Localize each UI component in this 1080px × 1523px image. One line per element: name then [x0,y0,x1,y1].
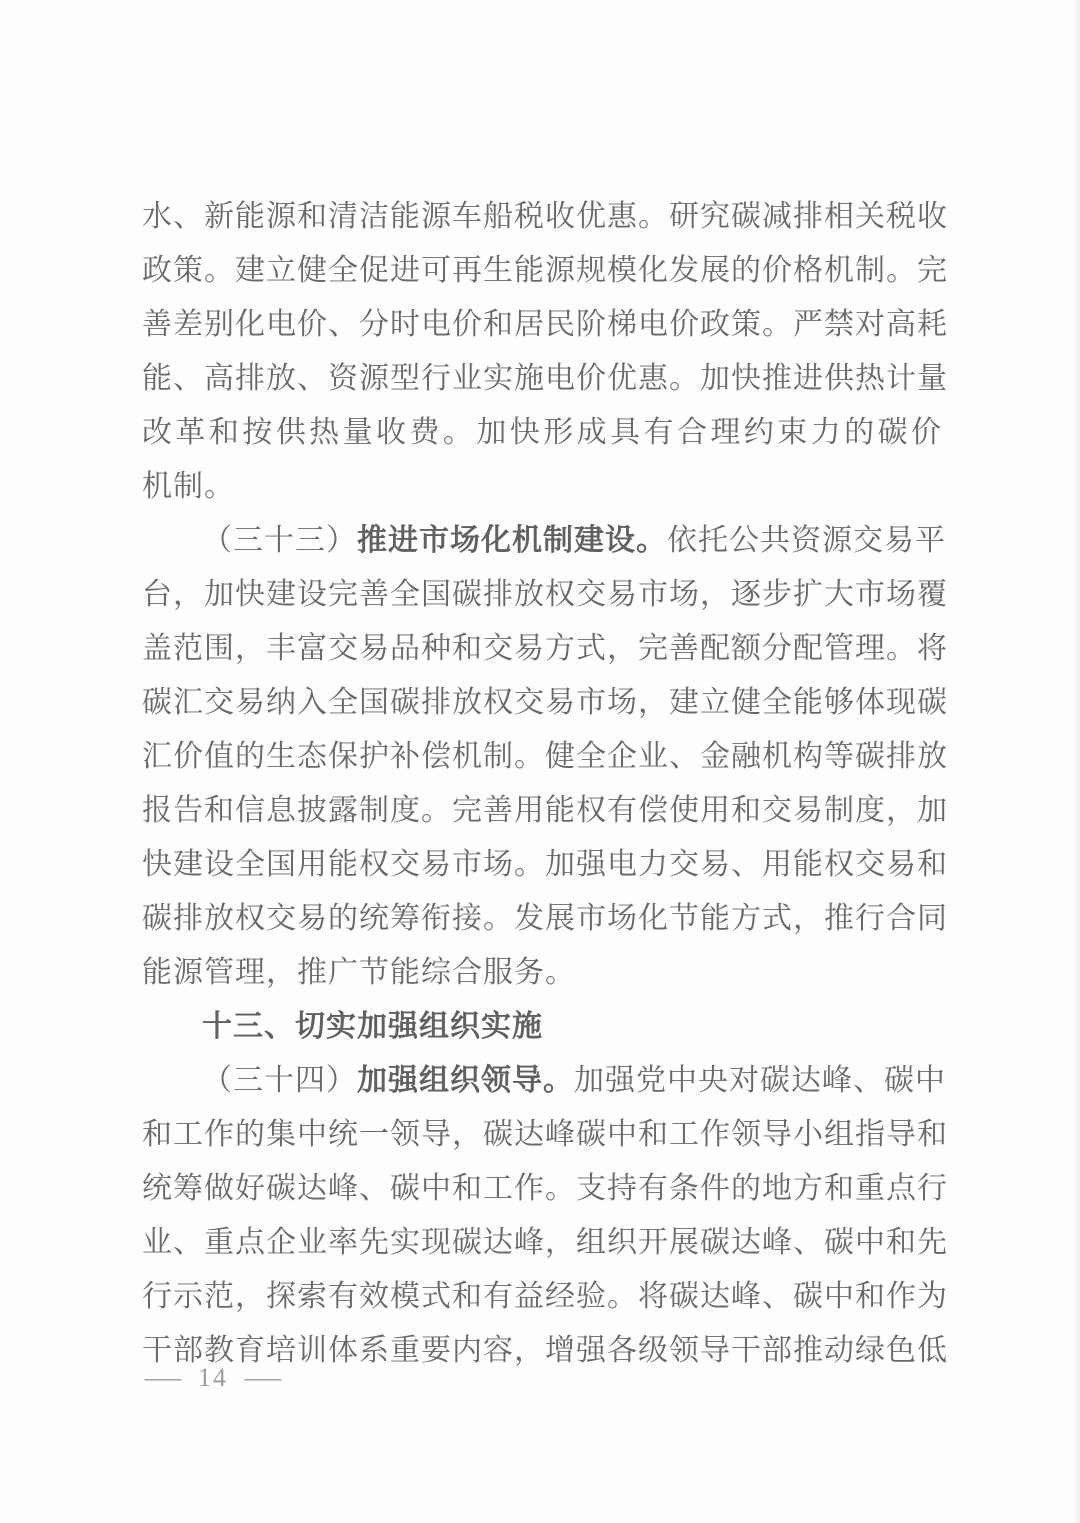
text-line: 统筹做好碳达峰、碳中和工作。支持有条件的地方和重点行 [142,1162,942,1216]
text-segment: 统筹做好碳达峰、碳中和工作。支持有条件的地方和重点行 [142,1172,948,1205]
text-segment: （三十四） [202,1064,357,1097]
text-line: 碳排放权交易的统筹衔接。发展市场化节能方式，推行合同 [142,892,942,946]
page-edge-shadow [1073,0,1080,1523]
text-segment: 快建设全国用能权交易市场。加强电力交易、用能权交易和 [142,848,948,881]
footer-right-dash: — [245,1358,281,1398]
document-page: 水、新能源和清洁能源车船税收优惠。研究碳减排相关税收政策。建立健全促进可再生能源… [0,0,1080,1523]
bold-text-segment: 十三、切实加强组织实施 [202,1010,543,1043]
text-segment: 报告和信息披露制度。完善用能权有偿使用和交易制度，加 [142,794,948,827]
text-line: 业、重点企业率先实现碳达峰，组织开展碳达峰、碳中和先 [142,1216,942,1270]
text-segment: 机制。 [142,470,235,503]
page-footer: —14— [150,1358,276,1398]
text-segment: 依托公共资源交易平 [667,524,946,557]
text-line: 水、新能源和清洁能源车船税收优惠。研究碳减排相关税收 [142,190,942,244]
text-line: 碳汇交易纳入全国碳排放权交易市场，建立健全能够体现碳 [142,676,942,730]
text-segment: 善差别化电价、分时电价和居民阶梯电价政策。严禁对高耗 [142,308,948,341]
text-line: 汇价值的生态保护补偿机制。健全企业、金融机构等碳排放 [142,730,942,784]
bold-text-segment: 加强组织领导。 [357,1064,574,1097]
text-segment: 碳汇交易纳入全国碳排放权交易市场，建立健全能够体现碳 [142,686,948,719]
text-line: 改革和按供热量收费。加快形成具有合理约束力的碳价 [142,406,942,460]
text-segment: 行示范，探索有效模式和有益经验。将碳达峰、碳中和作为 [142,1280,948,1313]
text-line: 报告和信息披露制度。完善用能权有偿使用和交易制度，加 [142,784,942,838]
text-segment: 和工作的集中统一领导，碳达峰碳中和工作领导小组指导和 [142,1118,948,1151]
text-line: 政策。建立健全促进可再生能源规模化发展的价格机制。完 [142,244,942,298]
bold-text-segment: 推进市场化机制建设。 [357,524,667,557]
text-segment: 碳排放权交易的统筹衔接。发展市场化节能方式，推行合同 [142,902,948,935]
text-line: 能、高排放、资源型行业实施电价优惠。加快推进供热计量 [142,352,942,406]
text-segment: 能、高排放、资源型行业实施电价优惠。加快推进供热计量 [142,362,948,395]
text-segment: 水、新能源和清洁能源车船税收优惠。研究碳减排相关税收 [142,200,948,233]
text-line: 盖范围，丰富交易品种和交易方式，完善配额分配管理。将 [142,622,942,676]
section-heading: 十三、切实加强组织实施 [142,1000,942,1054]
footer-left-dash: — [145,1358,181,1398]
text-segment: 能源管理，推广节能综合服务。 [142,956,576,989]
text-segment: 加强党中央对碳达峰、碳中 [574,1064,946,1097]
text-line: 快建设全国用能权交易市场。加强电力交易、用能权交易和 [142,838,942,892]
text-segment: 台，加快建设完善全国碳排放权交易市场，逐步扩大市场覆 [142,578,948,611]
text-segment: 政策。建立健全促进可再生能源规模化发展的价格机制。完 [142,254,948,287]
text-segment: （三十三） [202,524,357,557]
page-number: 14 [198,1358,228,1398]
text-line: （三十三）推进市场化机制建设。依托公共资源交易平 [142,514,942,568]
text-segment: 改革和按供热量收费。加快形成具有合理约束力的碳价 [142,416,942,449]
text-line: （三十四）加强组织领导。加强党中央对碳达峰、碳中 [142,1054,942,1108]
text-line: 机制。 [142,460,942,514]
text-segment: 业、重点企业率先实现碳达峰，组织开展碳达峰、碳中和先 [142,1226,948,1259]
text-line: 台，加快建设完善全国碳排放权交易市场，逐步扩大市场覆 [142,568,942,622]
text-line: 善差别化电价、分时电价和居民阶梯电价政策。严禁对高耗 [142,298,942,352]
text-segment: 盖范围，丰富交易品种和交易方式，完善配额分配管理。将 [142,632,948,665]
text-segment: 汇价值的生态保护补偿机制。健全企业、金融机构等碳排放 [142,740,948,773]
text-line: 能源管理，推广节能综合服务。 [142,946,942,1000]
text-line: 行示范，探索有效模式和有益经验。将碳达峰、碳中和作为 [142,1270,942,1324]
document-body: 水、新能源和清洁能源车船税收优惠。研究碳减排相关税收政策。建立健全促进可再生能源… [142,190,942,1378]
text-line: 和工作的集中统一领导，碳达峰碳中和工作领导小组指导和 [142,1108,942,1162]
